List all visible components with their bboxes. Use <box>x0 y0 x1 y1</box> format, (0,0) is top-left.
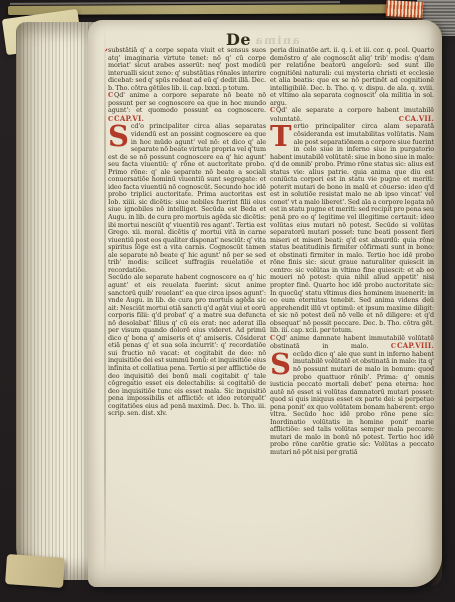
chapter-paragraph: Secūdo dico q' ale que sunt in inferno h… <box>270 351 434 457</box>
paragraph-text: Qd' anime a corpore separate nō beate nō… <box>108 91 266 114</box>
body-paragraph: substātiā q' a corpe sepata viuit et sen… <box>108 47 266 92</box>
paragraph-text: ertio principaliter circa alam separatā … <box>270 122 434 334</box>
chapter-summary: CQd' anime damnate habent immutabilē vol… <box>270 335 434 351</box>
chapter-paragraph: Tertio principaliter circa alam separatā… <box>270 123 434 334</box>
cover-corner-bottom-left <box>5 554 65 588</box>
drop-cap-initial: S <box>270 351 293 377</box>
drop-cap-initial: S <box>108 123 131 149</box>
chapter-summary: CQd' anime a corpore separate nō beate n… <box>108 92 266 123</box>
gutter-crease <box>104 26 106 578</box>
chapter-paragraph: Secūdo ale separate habent cognoscere ea… <box>108 274 266 417</box>
fore-edge-red-stripes <box>386 0 424 20</box>
text-column-left: substātiā q' a corpe sepata viuit et sen… <box>108 47 266 418</box>
body-paragraph: peria diuinatōe art. ii. q. i. et iii. c… <box>270 47 434 107</box>
paragraph-text: cd'o principaliter circa alias separatas… <box>108 122 266 273</box>
text-column-right: peria diuinatōe art. ii. q. i. et iii. c… <box>270 47 434 457</box>
paragraph-text: peria diuinatōe art. ii. q. i. et iii. c… <box>270 46 434 107</box>
drop-cap-initial: T <box>270 123 294 149</box>
paragraph-text: substātiā q' a corpe sepata viuit et sen… <box>108 46 266 92</box>
photo-background: De anima ’ substātiā q' a corpe sepata v… <box>0 0 455 602</box>
paragraph-text: Secūdo ale separate habent cognoscere ea… <box>108 273 266 417</box>
chapter-paragraph: Scd'o principaliter circa alias separata… <box>108 123 266 274</box>
paragraph-text: ecūdo dico q' ale que sunt in inferno ha… <box>270 350 434 456</box>
